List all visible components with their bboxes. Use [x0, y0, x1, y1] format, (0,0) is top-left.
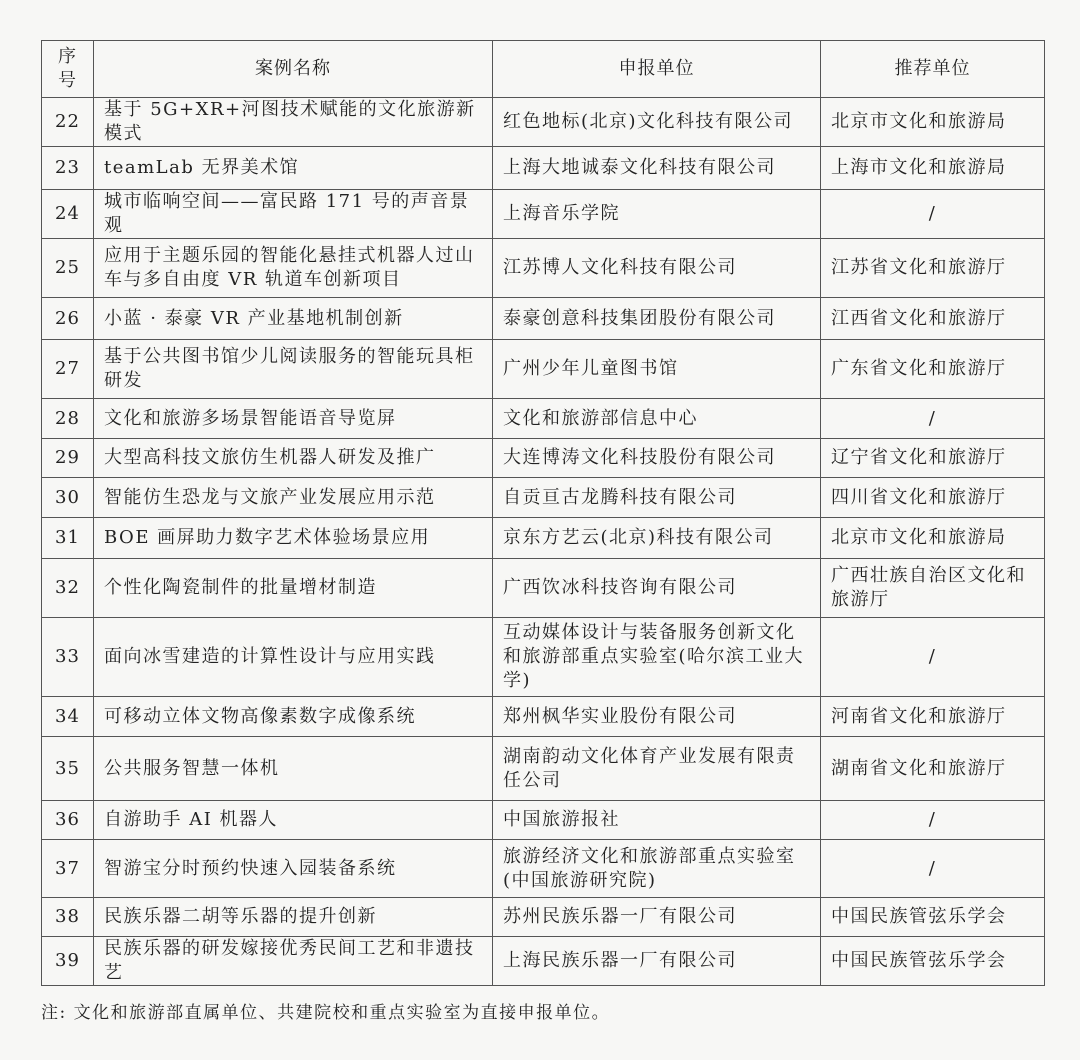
serial-number-cell: 23: [42, 147, 94, 190]
serial-number-cell: 36: [42, 801, 94, 840]
applicant-unit-cell: 旅游经济文化和旅游部重点实验室(中国旅游研究院): [493, 840, 821, 898]
case-name-cell: 基于 5G+XR+河图技术赋能的文化旅游新模式: [94, 98, 493, 147]
serial-number-cell: 22: [42, 98, 94, 147]
applicant-unit-cell: 泰豪创意科技集团股份有限公司: [493, 298, 821, 340]
case-name-cell: BOE 画屏助力数字艺术体验场景应用: [94, 518, 493, 559]
case-name-cell: 可移动立体文物高像素数字成像系统: [94, 697, 493, 737]
case-name-cell: 基于公共图书馆少儿阅读服务的智能玩具柜研发: [94, 340, 493, 399]
serial-number-cell: 25: [42, 239, 94, 298]
recommending-unit-cell: /: [821, 618, 1045, 697]
table-row: 28文化和旅游多场景智能语音导览屏文化和旅游部信息中心/: [42, 399, 1045, 439]
recommending-unit-cell: 江苏省文化和旅游厅: [821, 239, 1045, 298]
recommending-unit-cell: 广东省文化和旅游厅: [821, 340, 1045, 399]
recommending-unit-cell: /: [821, 399, 1045, 439]
table-body: 22基于 5G+XR+河图技术赋能的文化旅游新模式红色地标(北京)文化科技有限公…: [42, 98, 1045, 986]
case-name-cell: 个性化陶瓷制件的批量增材制造: [94, 559, 493, 618]
applicant-unit-cell: 互动媒体设计与装备服务创新文化和旅游部重点实验室(哈尔滨工业大学): [493, 618, 821, 697]
table-row: 25应用于主题乐园的智能化悬挂式机器人过山车与多自由度 VR 轨道车创新项目江苏…: [42, 239, 1045, 298]
document-page: 序号 案例名称 申报单位 推荐单位 22基于 5G+XR+河图技术赋能的文化旅游…: [0, 0, 1080, 1060]
case-name-cell: 文化和旅游多场景智能语音导览屏: [94, 399, 493, 439]
recommending-unit-cell: 江西省文化和旅游厅: [821, 298, 1045, 340]
case-name-cell: 小蓝 · 泰豪 VR 产业基地机制创新: [94, 298, 493, 340]
serial-number-cell: 37: [42, 840, 94, 898]
table-row: 27基于公共图书馆少儿阅读服务的智能玩具柜研发广州少年儿童图书馆广东省文化和旅游…: [42, 340, 1045, 399]
serial-number-cell: 24: [42, 190, 94, 239]
applicant-unit-cell: 大连博涛文化科技股份有限公司: [493, 439, 821, 478]
applicant-unit-cell: 上海音乐学院: [493, 190, 821, 239]
recommending-unit-cell: 中国民族管弦乐学会: [821, 898, 1045, 937]
header-recommending-unit: 推荐单位: [821, 41, 1045, 98]
table-row: 35公共服务智慧一体机湖南韵动文化体育产业发展有限责任公司湖南省文化和旅游厅: [42, 737, 1045, 801]
table-row: 30智能仿生恐龙与文旅产业发展应用示范自贡亘古龙腾科技有限公司四川省文化和旅游厅: [42, 478, 1045, 518]
case-name-cell: 智游宝分时预约快速入园装备系统: [94, 840, 493, 898]
applicant-unit-cell: 京东方艺云(北京)科技有限公司: [493, 518, 821, 559]
serial-number-cell: 26: [42, 298, 94, 340]
recommending-unit-cell: /: [821, 190, 1045, 239]
footnote: 注: 文化和旅游部直属单位、共建院校和重点实验室为直接申报单位。: [41, 998, 610, 1023]
case-name-cell: 城市临响空间——富民路 171 号的声音景观: [94, 190, 493, 239]
recommending-unit-cell: 北京市文化和旅游局: [821, 518, 1045, 559]
table-row: 29大型高科技文旅仿生机器人研发及推广大连博涛文化科技股份有限公司辽宁省文化和旅…: [42, 439, 1045, 478]
table-row: 38民族乐器二胡等乐器的提升创新苏州民族乐器一厂有限公司中国民族管弦乐学会: [42, 898, 1045, 937]
case-name-cell: 面向冰雪建造的计算性设计与应用实践: [94, 618, 493, 697]
case-name-cell: 智能仿生恐龙与文旅产业发展应用示范: [94, 478, 493, 518]
table-row: 23teamLab 无界美术馆上海大地诚泰文化科技有限公司上海市文化和旅游局: [42, 147, 1045, 190]
table-row: 32个性化陶瓷制件的批量增材制造广西饮冰科技咨询有限公司广西壮族自治区文化和旅游…: [42, 559, 1045, 618]
applicant-unit-cell: 广西饮冰科技咨询有限公司: [493, 559, 821, 618]
applicant-unit-cell: 文化和旅游部信息中心: [493, 399, 821, 439]
serial-number-cell: 35: [42, 737, 94, 801]
applicant-unit-cell: 中国旅游报社: [493, 801, 821, 840]
case-name-cell: 大型高科技文旅仿生机器人研发及推广: [94, 439, 493, 478]
case-list-table: 序号 案例名称 申报单位 推荐单位 22基于 5G+XR+河图技术赋能的文化旅游…: [41, 40, 1045, 986]
applicant-unit-cell: 广州少年儿童图书馆: [493, 340, 821, 399]
table-row: 24城市临响空间——富民路 171 号的声音景观上海音乐学院/: [42, 190, 1045, 239]
case-name-cell: 民族乐器二胡等乐器的提升创新: [94, 898, 493, 937]
table-row: 22基于 5G+XR+河图技术赋能的文化旅游新模式红色地标(北京)文化科技有限公…: [42, 98, 1045, 147]
serial-number-cell: 29: [42, 439, 94, 478]
table-row: 34可移动立体文物高像素数字成像系统郑州枫华实业股份有限公司河南省文化和旅游厅: [42, 697, 1045, 737]
serial-number-cell: 34: [42, 697, 94, 737]
case-name-cell: 自游助手 AI 机器人: [94, 801, 493, 840]
applicant-unit-cell: 湖南韵动文化体育产业发展有限责任公司: [493, 737, 821, 801]
table-header-row: 序号 案例名称 申报单位 推荐单位: [42, 41, 1045, 98]
case-name-cell: 民族乐器的研发嫁接优秀民间工艺和非遗技艺: [94, 937, 493, 986]
applicant-unit-cell: 红色地标(北京)文化科技有限公司: [493, 98, 821, 147]
serial-number-cell: 38: [42, 898, 94, 937]
recommending-unit-cell: 上海市文化和旅游局: [821, 147, 1045, 190]
header-case-name: 案例名称: [94, 41, 493, 98]
recommending-unit-cell: 四川省文化和旅游厅: [821, 478, 1045, 518]
recommending-unit-cell: 辽宁省文化和旅游厅: [821, 439, 1045, 478]
serial-number-cell: 39: [42, 937, 94, 986]
recommending-unit-cell: 中国民族管弦乐学会: [821, 937, 1045, 986]
case-name-cell: 应用于主题乐园的智能化悬挂式机器人过山车与多自由度 VR 轨道车创新项目: [94, 239, 493, 298]
applicant-unit-cell: 上海民族乐器一厂有限公司: [493, 937, 821, 986]
recommending-unit-cell: 湖南省文化和旅游厅: [821, 737, 1045, 801]
serial-number-cell: 27: [42, 340, 94, 399]
applicant-unit-cell: 自贡亘古龙腾科技有限公司: [493, 478, 821, 518]
recommending-unit-cell: 北京市文化和旅游局: [821, 98, 1045, 147]
header-serial-number: 序号: [42, 41, 94, 98]
recommending-unit-cell: 河南省文化和旅游厅: [821, 697, 1045, 737]
applicant-unit-cell: 上海大地诚泰文化科技有限公司: [493, 147, 821, 190]
table-row: 33面向冰雪建造的计算性设计与应用实践互动媒体设计与装备服务创新文化和旅游部重点…: [42, 618, 1045, 697]
table-row: 26小蓝 · 泰豪 VR 产业基地机制创新泰豪创意科技集团股份有限公司江西省文化…: [42, 298, 1045, 340]
applicant-unit-cell: 苏州民族乐器一厂有限公司: [493, 898, 821, 937]
serial-number-cell: 28: [42, 399, 94, 439]
serial-number-cell: 33: [42, 618, 94, 697]
serial-number-cell: 30: [42, 478, 94, 518]
serial-number-cell: 32: [42, 559, 94, 618]
applicant-unit-cell: 郑州枫华实业股份有限公司: [493, 697, 821, 737]
table-row: 39民族乐器的研发嫁接优秀民间工艺和非遗技艺上海民族乐器一厂有限公司中国民族管弦…: [42, 937, 1045, 986]
table-row: 37智游宝分时预约快速入园装备系统旅游经济文化和旅游部重点实验室(中国旅游研究院…: [42, 840, 1045, 898]
table-row: 31BOE 画屏助力数字艺术体验场景应用京东方艺云(北京)科技有限公司北京市文化…: [42, 518, 1045, 559]
table-row: 36自游助手 AI 机器人中国旅游报社/: [42, 801, 1045, 840]
header-applicant-unit: 申报单位: [493, 41, 821, 98]
recommending-unit-cell: 广西壮族自治区文化和旅游厅: [821, 559, 1045, 618]
recommending-unit-cell: /: [821, 840, 1045, 898]
case-name-cell: teamLab 无界美术馆: [94, 147, 493, 190]
applicant-unit-cell: 江苏博人文化科技有限公司: [493, 239, 821, 298]
case-name-cell: 公共服务智慧一体机: [94, 737, 493, 801]
serial-number-cell: 31: [42, 518, 94, 559]
recommending-unit-cell: /: [821, 801, 1045, 840]
